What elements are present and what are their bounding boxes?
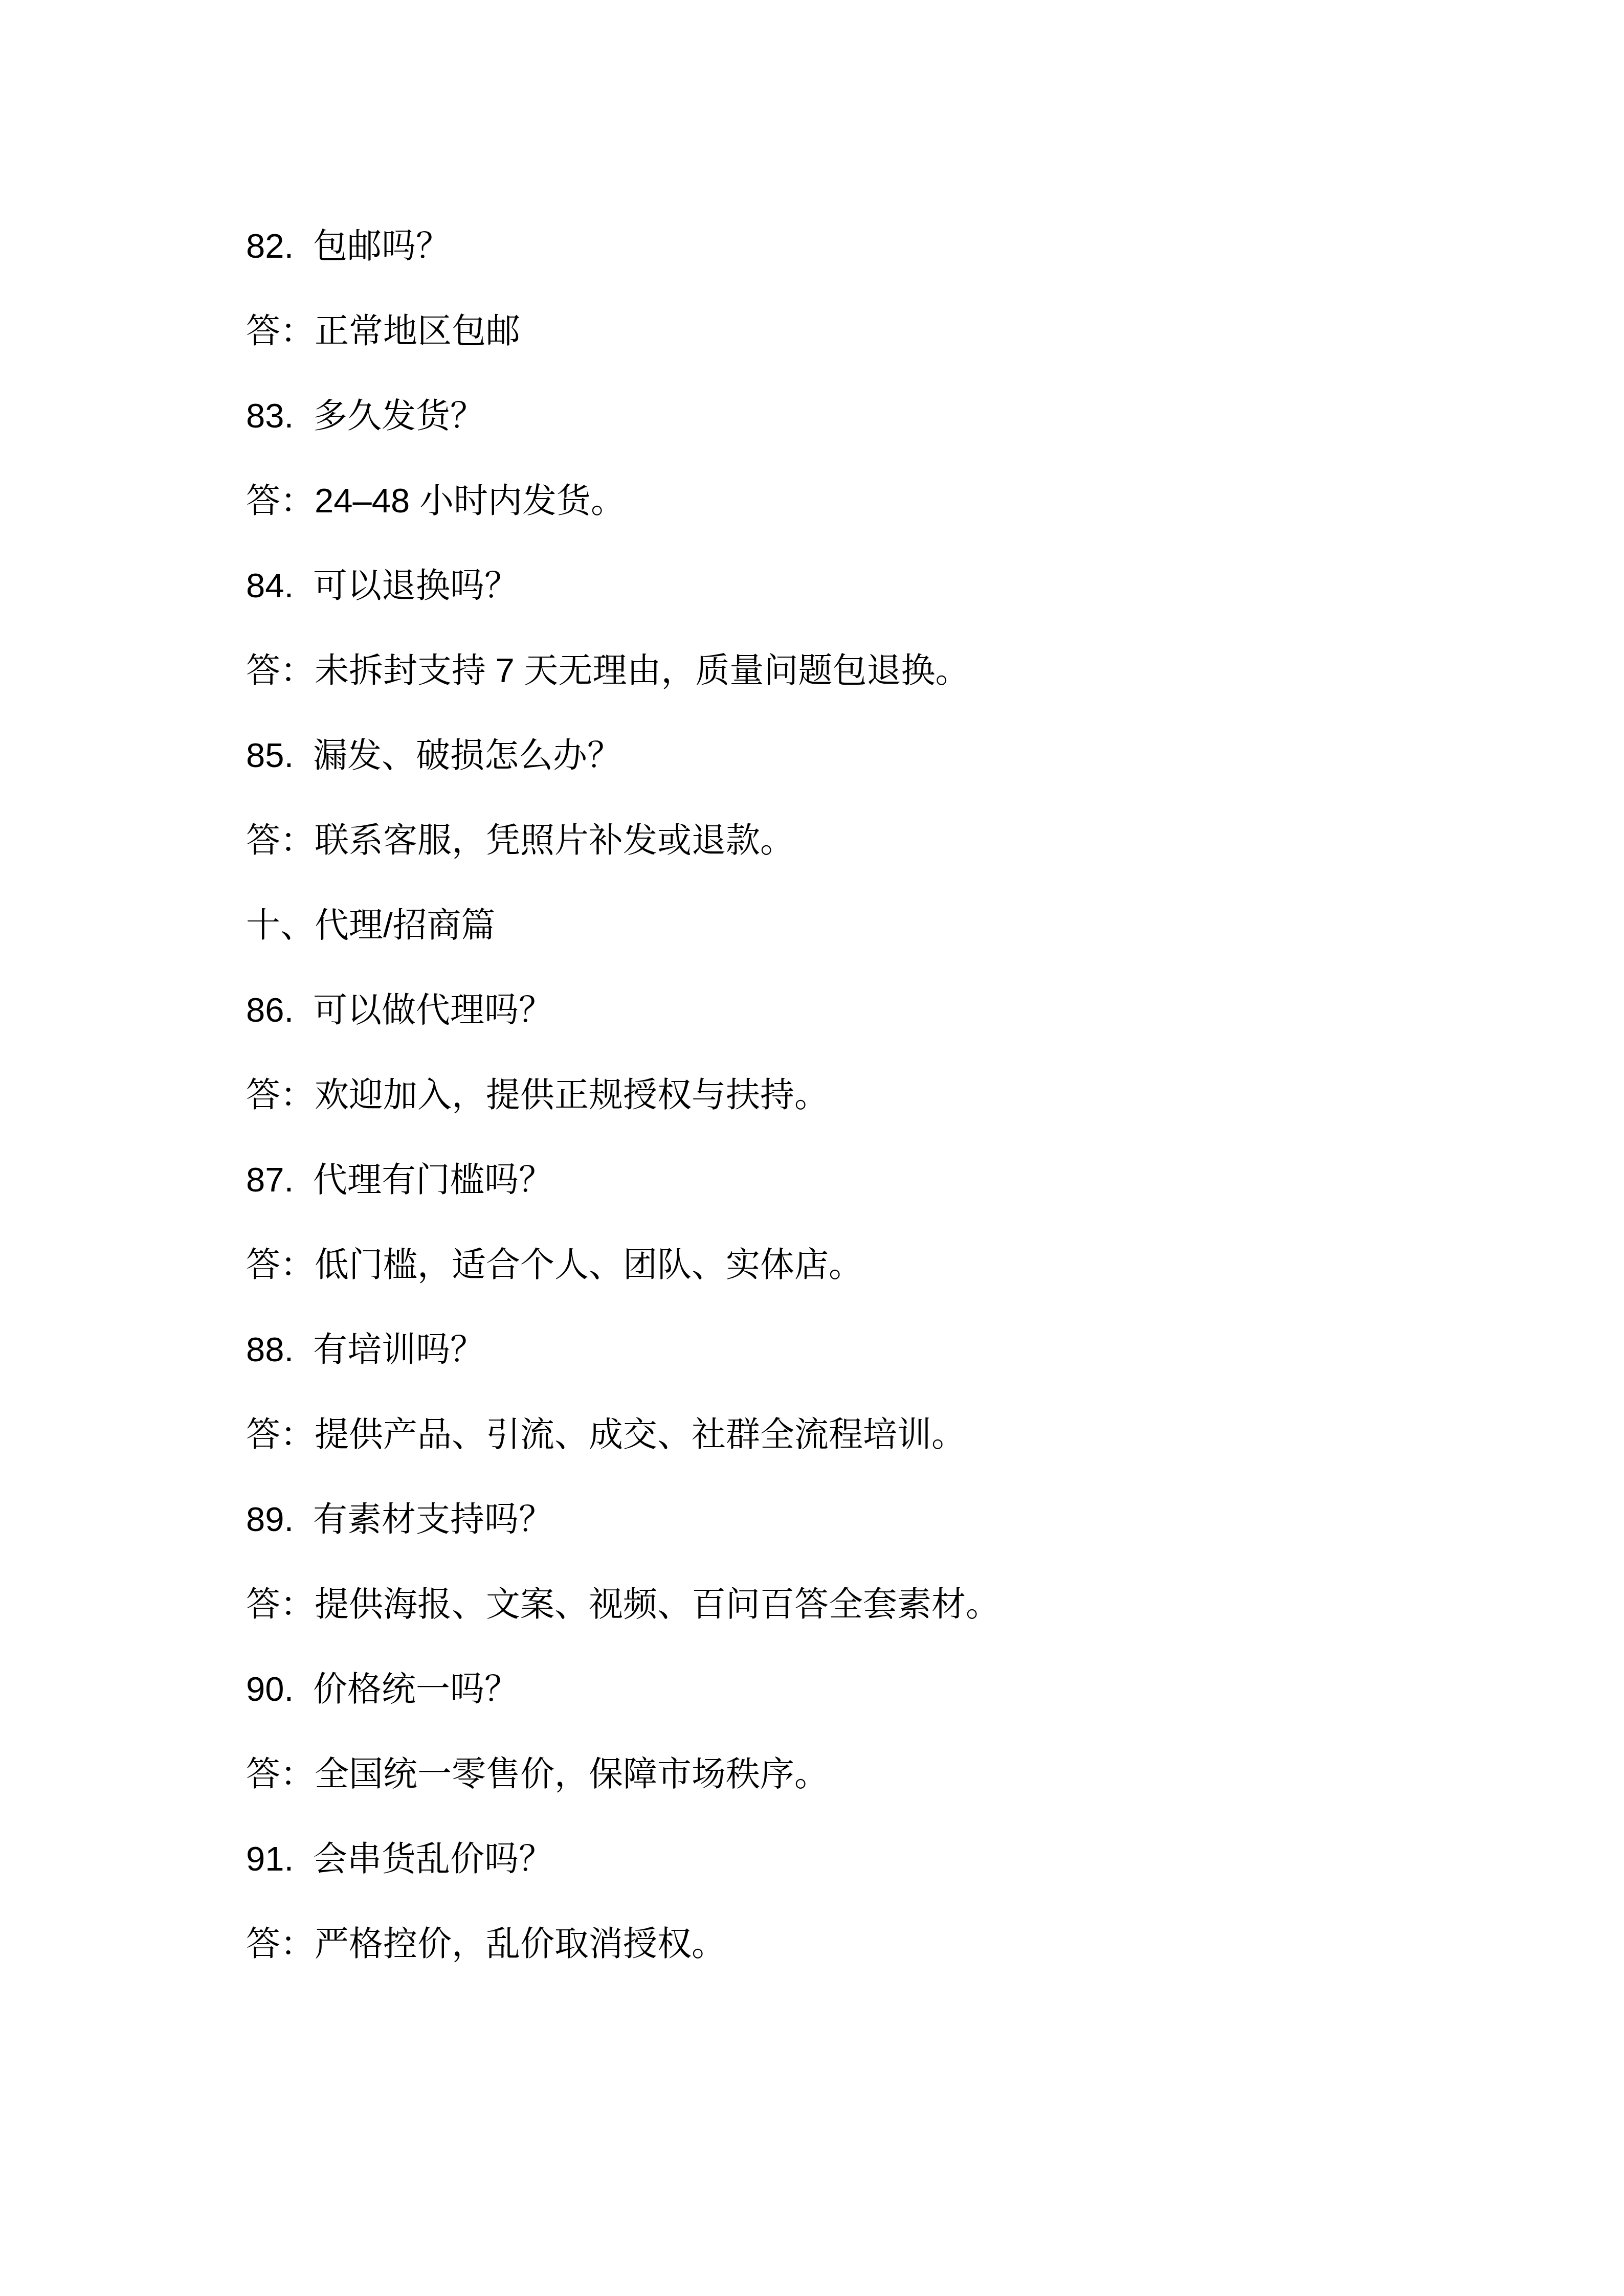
faq-answer-line: 答：提供海报、文案、视频、百问百答全套素材。 [246,1562,1555,1647]
answer-text: 答：未拆封支持 7 天无理由，质量问题包退换。 [246,651,970,690]
faq-question-line: 87.代理有门槛吗？ [246,1138,1555,1223]
faq-answer-line: 答：低门槛，适合个人、团队、实体店。 [246,1223,1555,1308]
faq-content: 82.包邮吗？ 答：正常地区包邮 83.多久发货？ 答：24–48 小时内发货。… [246,204,1555,1987]
answer-text: 答：提供产品、引流、成交、社群全流程培训。 [246,1415,966,1454]
faq-answer-line: 答：正常地区包邮 [246,289,1555,374]
question-text: 可以做代理吗？ [313,991,553,1029]
question-text: 价格统一吗？ [313,1670,519,1708]
question-number: 90. [246,1647,313,1732]
question-number: 83. [246,374,313,459]
faq-question-line: 90.价格统一吗？ [246,1647,1555,1732]
faq-answer-line: 答：24–48 小时内发货。 [246,459,1555,544]
faq-question-line: 88.有培训吗？ [246,1308,1555,1392]
answer-text: 答：低门槛，适合个人、团队、实体店。 [246,1246,863,1284]
question-number: 88. [246,1308,313,1392]
faq-question-line: 89.有素材支持吗？ [246,1477,1555,1562]
faq-question-line: 83.多久发货？ [246,374,1555,459]
answer-text: 答：全国统一零售价，保障市场秩序。 [246,1755,829,1793]
answer-text: 答：严格控价，乱价取消授权。 [246,1925,726,1963]
faq-question-line: 91.会串货乱价吗？ [246,1817,1555,1902]
question-number: 85. [246,713,313,798]
question-text: 代理有门槛吗？ [313,1161,553,1199]
answer-text: 答：联系客服，凭照片补发或退款。 [246,821,794,860]
question-text: 有培训吗？ [313,1331,484,1369]
question-text: 有素材支持吗？ [313,1500,553,1539]
question-text: 会串货乱价吗？ [313,1840,553,1878]
faq-answer-line: 答：未拆封支持 7 天无理由，质量问题包退换。 [246,628,1555,713]
answer-text: 答：欢迎加入，提供正规授权与扶持。 [246,1076,829,1114]
faq-answer-line: 答：提供产品、引流、成交、社群全流程培训。 [246,1392,1555,1477]
question-number: 91. [246,1817,313,1902]
section-heading: 十、代理/招商篇 [246,883,1555,968]
faq-answer-line: 答：严格控价，乱价取消授权。 [246,1902,1555,1987]
question-text: 多久发货？ [313,397,484,435]
question-number: 86. [246,968,313,1053]
question-text: 可以退换吗？ [313,567,519,605]
question-number: 84. [246,544,313,628]
answer-text: 答：提供海报、文案、视频、百问百答全套素材。 [246,1585,1000,1624]
faq-question-line: 82.包邮吗？ [246,204,1555,289]
question-number: 82. [246,204,313,289]
answer-text: 答：正常地区包邮 [246,312,520,350]
question-number: 89. [246,1477,313,1562]
faq-question-line: 84.可以退换吗？ [246,544,1555,628]
faq-question-line: 85.漏发、破损怎么办？ [246,713,1555,798]
section-heading-text: 十、代理/招商篇 [246,906,496,944]
faq-question-line: 86.可以做代理吗？ [246,968,1555,1053]
faq-answer-line: 答：欢迎加入，提供正规授权与扶持。 [246,1053,1555,1138]
faq-answer-line: 答：联系客服，凭照片补发或退款。 [246,798,1555,883]
document-page: 82.包邮吗？ 答：正常地区包邮 83.多久发货？ 答：24–48 小时内发货。… [0,0,1624,2296]
question-text: 漏发、破损怎么办？ [313,736,621,775]
question-text: 包邮吗？ [313,227,450,265]
faq-answer-line: 答：全国统一零售价，保障市场秩序。 [246,1732,1555,1817]
answer-text: 答：24–48 小时内发货。 [246,482,625,520]
question-number: 87. [246,1138,313,1223]
